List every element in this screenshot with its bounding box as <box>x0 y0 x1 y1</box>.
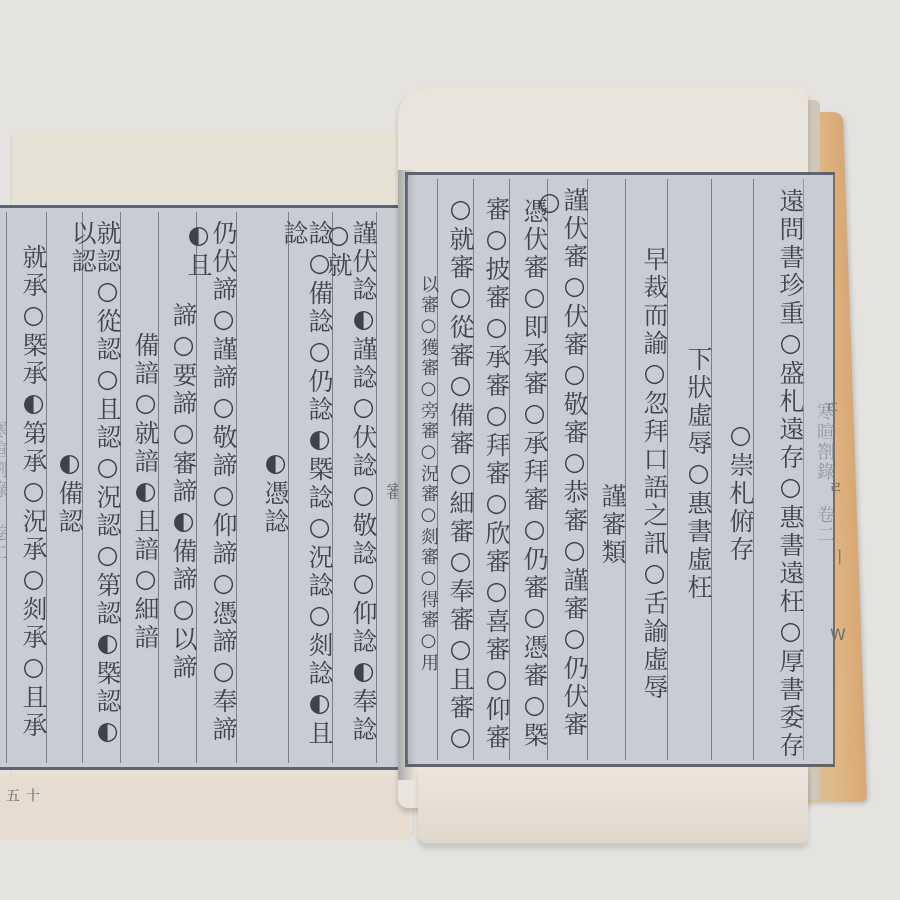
text-column: ○崇札俯存 <box>711 179 753 760</box>
text-column: 憑伏審○即承審○承拜審○仍審○憑審○槩 <box>509 179 547 760</box>
margin-note: ㅣ <box>832 545 847 568</box>
right-page-bottom-margin <box>418 768 808 843</box>
text-column: 遠問書珍重○盛札遠存○惠書遠枉○厚書委存 <box>753 179 803 760</box>
text-column: ○就審○從審○備審○細審○奉審○且審○ <box>437 179 473 760</box>
page-number: 十五 <box>2 788 42 802</box>
section-heading: 謹審類 <box>587 179 625 760</box>
left-margin-title: 寒暄劄錄 卷二 <box>0 212 6 763</box>
text-column: ◐備認 <box>46 212 82 763</box>
text-column: 就認○從認○且認○況認○第認◐槩認◐以認 <box>82 212 120 763</box>
book-spine-shadow <box>398 170 416 780</box>
text-column: 下狀虛辱○惠書虛枉 <box>667 179 711 760</box>
text-column: ◐憑諗 <box>236 212 288 763</box>
text-column: 早裁而諭○忽拜口語之訊○舌諭虛辱 <box>625 179 667 760</box>
right-print-block: 寒暄劄錄 卷二 遠問書珍重○盛札遠存○惠書遠枉○厚書委存 ○崇札俯存 下狀虛辱○… <box>405 172 835 767</box>
margin-note: ㄹ <box>828 475 843 498</box>
text-column: 備諳○就諳◐且諳○細諳 <box>120 212 158 763</box>
text-column: 審○披審○承審○拜審○欣審○喜審○仰審 <box>473 179 509 760</box>
left-print-block: 審 謹伏諗◐謹諗○伏諗○敬諗○仰諗◐奉諗○就 諗○備諗○仍諗◐槩諗○況諗○剡諗◐… <box>0 205 405 770</box>
text-column: 謹伏諗◐謹諗○伏諗○敬諗○仰諗◐奉諗○就 <box>332 212 376 763</box>
text-column: 就承○槩承◐第承○況承○剡承○且承 <box>6 212 46 763</box>
text-column: 仍伏諦○謹諦○敬諦○仰諦○憑諦○奉諦◐且 <box>196 212 236 763</box>
margin-note: W <box>830 625 846 644</box>
text-column: 諗○備諗○仍諗◐槩諗○況諗○剡諗◐且諗 <box>288 212 332 763</box>
left-page-bottom-margin <box>0 775 410 840</box>
text-column: 謹伏審○伏審○敬審○恭審○謹審○仍伏審○ <box>547 179 587 760</box>
right-margin-title: 寒暄劄錄 卷二 <box>803 179 833 760</box>
text-column: 諦○要諦○審諦◐備諦○以諦 <box>158 212 196 763</box>
margin-note: ㄷ <box>825 395 840 418</box>
